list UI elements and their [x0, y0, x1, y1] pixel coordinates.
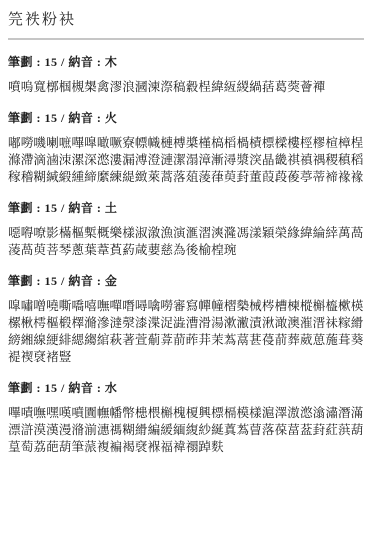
character-list-fire: 嘟嘮嘰喇嗻嗶嘷噉噘寮幖幟槤榑槳槿槁槄楇樍標樑樓桱樛楦樟桯滌滯滴滷洓漯深滺漊漏溥澄… — [8, 135, 364, 186]
page-title: 笎袟粉袂 — [8, 8, 364, 29]
section-metal: 筆劃 : 15 / 納音 : 金 噑嘯噌嘵嘶嘺嘻嘸嘽噆噚噙嘮審寫幝幢槢槷械梣槽楝… — [8, 272, 364, 366]
character-list-earth: 噁嘚嘹影樠樞槧概樂樣淑漵漁演滙漝漺漋馮漾穎榮緣緯綸緈萬萵蓤萵萸菩琴蔥葉葦萯葯葴葽… — [8, 225, 364, 259]
character-list-wood: 噴嗚寬槨椢槻槼禽漻浪漍湅漈稿縠桯緯絚緵緺葀葛葖薈襌 — [8, 79, 364, 96]
section-earth: 筆劃 : 15 / 納音 : 土 噁嘚嘹影樠樞槧概樂樣淑漵漁演滙漝漺漋馮漾穎榮緣… — [8, 199, 364, 259]
character-list-water: 嗶嘖嘸嘿嘆噴圚幠幡幣槵椳槲槐榎興標槅模樣滬澤滶滺潝潚潛滿漂滸漠漢漫潃湔潓禡糊縎編… — [8, 405, 364, 456]
section-header-wood: 筆劃 : 15 / 納音 : 木 — [8, 53, 364, 70]
section-header-water: 筆劃 : 15 / 納音 : 水 — [8, 379, 364, 396]
character-list-metal: 噑嘯噌嘵嘶嘺嘻嘸嘽噆噚噙嘮審寫幝幢槢槷械梣槽楝樅槲橀樕楧樏楸樗樞椴檡滫滲澾漀漆渫… — [8, 298, 364, 366]
section-water: 筆劃 : 15 / 納音 : 水 嗶嘖嘸嘿嘆噴圚幠幡幣槵椳槲槐榎興標槅模樣滬澤滶… — [8, 379, 364, 456]
section-header-metal: 筆劃 : 15 / 納音 : 金 — [8, 272, 364, 289]
section-header-earth: 筆劃 : 15 / 納音 : 土 — [8, 199, 364, 216]
section-fire: 筆劃 : 15 / 納音 : 火 嘟嘮嘰喇嗻嗶嘷噉噘寮幖幟槤榑槳槿槁槄楇樍標樑樓… — [8, 109, 364, 186]
section-header-fire: 筆劃 : 15 / 納音 : 火 — [8, 109, 364, 126]
section-wood: 筆劃 : 15 / 納音 : 木 噴嗚寬槨椢槻槼禽漻浪漍湅漈稿縠桯緯絚緵緺葀葛葖… — [8, 53, 364, 96]
character-dictionary-page: 笎袟粉袂 筆劃 : 15 / 納音 : 木 噴嗚寬槨椢槻槼禽漻浪漍湅漈稿縠桯緯絚… — [0, 0, 372, 550]
title-divider — [8, 38, 364, 40]
